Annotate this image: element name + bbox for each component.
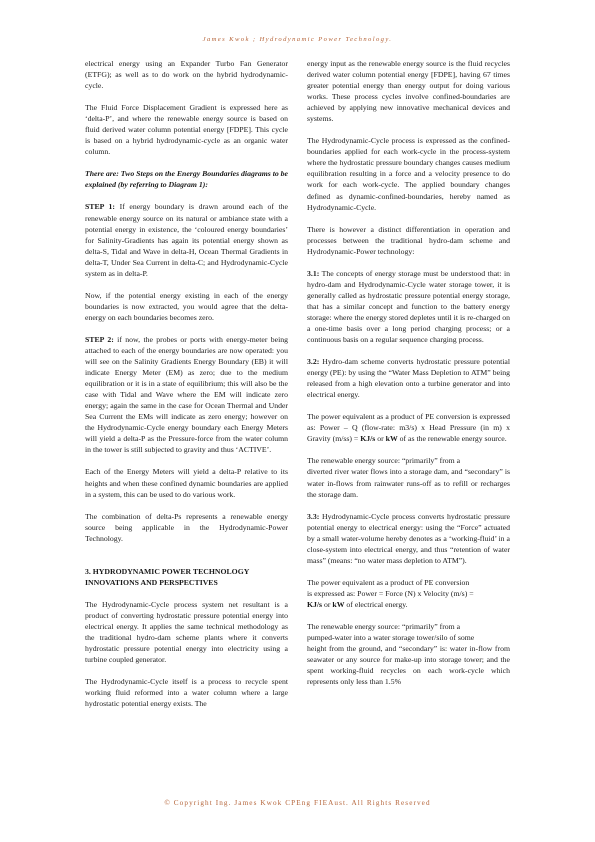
unit: kW [332,600,344,609]
paragraph: The Hydrodynamic-Cycle process system ne… [85,599,288,665]
subsection-label: 3.1: [307,269,319,278]
text: diverted river water flows into a storag… [307,467,510,498]
unit: KJ/s [307,600,322,609]
section-heading: 3. HYDRODYNAMIC POWER TECHNOLOGYINNOVATI… [85,566,288,588]
subsection-label: 3.2: [307,357,319,366]
text: of electrical energy. [344,600,407,609]
section-3-1: 3.1: The concepts of energy storage must… [307,268,510,345]
section-heading-line1: 3. HYDRODYNAMIC POWER TECHNOLOGY [85,567,249,576]
text: height from the ground, and “secondary” … [307,644,510,686]
power-formula-paragraph: The power equivalent as a product of PE … [307,577,510,610]
paragraph: The Hydrodynamic-Cycle itself is a proce… [85,676,288,709]
left-column: electrical energy using an Expander Turb… [85,58,288,720]
text: or [322,600,332,609]
paragraph: energy input as the renewable energy sou… [307,58,510,124]
step-2-paragraph: STEP 2: if now, the probes or ports with… [85,334,288,456]
text-line: The power equivalent as a product of PE … [307,577,510,588]
running-header: James Kwok ; Hydrodynamic Power Technolo… [0,36,595,43]
subsection-text: The concepts of energy storage must be u… [307,269,510,344]
step-text: if now, the probes or ports with energy-… [85,335,288,454]
text-line: The renewable energy source: “primarily”… [307,621,510,632]
text-line: The renewable energy source: “primarily”… [307,455,510,466]
paragraph: The renewable energy source: “primarily”… [307,455,510,499]
section-heading-line2: INNOVATIONS AND PERSPECTIVES [85,578,218,587]
unit: kW [386,434,398,443]
text: of as the renewable energy source. [398,434,507,443]
paragraph: The renewable energy source: “primarily”… [307,621,510,687]
steps-intro: There are: Two Steps on the Energy Bound… [85,168,288,190]
copyright-footer: © Copyright Ing. James Kwok CPEng FIEAus… [0,799,595,807]
section-3-2: 3.2: Hydro-dam scheme converts hydrostat… [307,356,510,400]
step-label: STEP 2: [85,335,114,344]
unit: KJ/s [360,434,375,443]
paragraph: There is however a distinct differentiat… [307,224,510,257]
paragraph: The Hydrodynamic-Cycle process is expres… [307,135,510,212]
power-formula-paragraph: The power equivalent as a product of PE … [307,411,510,444]
subsection-text: Hydro-dam scheme converts hydrostatic pr… [307,357,510,399]
paragraph: Now, if the potential energy existing in… [85,290,288,323]
text-line: pumped-water into a water storage tower/… [307,632,510,643]
paragraph: The Fluid Force Displacement Gradient is… [85,102,288,157]
paragraph: The combination of delta-Ps represents a… [85,511,288,544]
text-line: is expressed as: Power = Force (N) x Vel… [307,588,510,599]
paragraph: Each of the Energy Meters will yield a d… [85,466,288,499]
step-1-paragraph: STEP 1: If energy boundary is drawn arou… [85,201,288,278]
subsection-text: Hydrodynamic-Cycle process converts hydr… [307,512,510,565]
step-label: STEP 1: [85,202,115,211]
paragraph: electrical energy using an Expander Turb… [85,58,288,91]
right-column: energy input as the renewable energy sou… [307,58,510,698]
subsection-label: 3.3: [307,512,319,521]
step-text: If energy boundary is drawn around each … [85,202,288,277]
text: or [375,434,385,443]
section-3-3: 3.3: Hydrodynamic-Cycle process converts… [307,511,510,566]
